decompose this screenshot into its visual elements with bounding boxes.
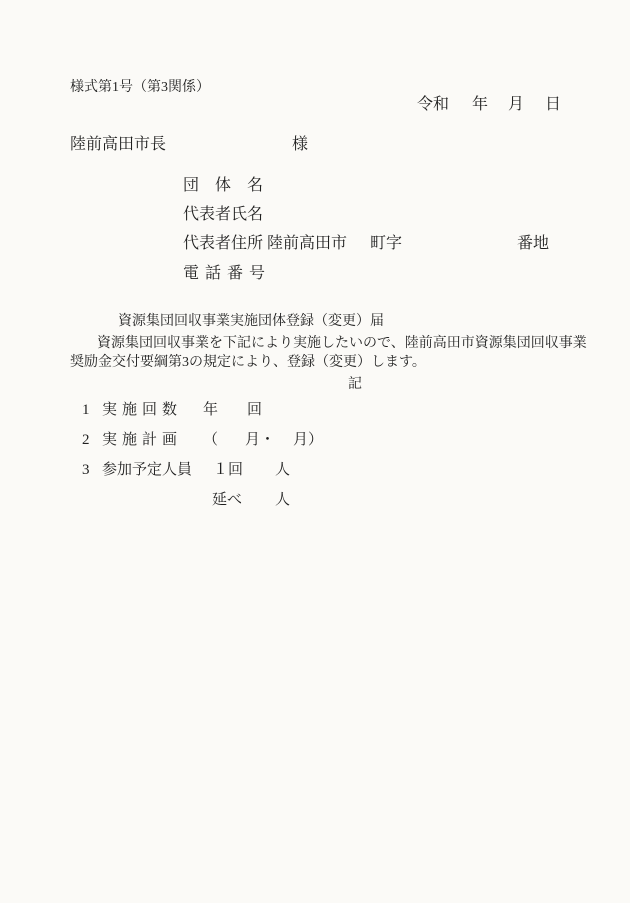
item-3-number: 3 — [82, 461, 90, 479]
item-1-times-unit: 回 — [247, 401, 262, 419]
item-1-number: 1 — [82, 401, 90, 419]
addressee-honorific: 様 — [292, 135, 308, 154]
item-2-month-to: 月） — [293, 431, 323, 449]
item-1-year-unit: 年 — [203, 401, 218, 419]
group-name-label: 団体名 — [183, 176, 279, 195]
form-number: 様式第1号（第3関係） — [70, 80, 210, 97]
item-3-per-time-label: １回 — [213, 461, 243, 479]
date-year-label: 年 — [472, 95, 488, 114]
item-1-label: 実施回数 — [102, 401, 182, 419]
record-marker: 記 — [348, 377, 362, 394]
rep-address-lot-label: 番地 — [517, 234, 549, 253]
phone-label: 電話番号 — [183, 264, 271, 283]
item-2-paren-open: （ — [203, 431, 218, 449]
rep-address-label: 代表者住所 — [183, 234, 263, 253]
date-era-label: 令和 — [417, 95, 449, 114]
form-title: 資源集団回収事業実施団体登録（変更）届 — [118, 314, 384, 331]
body-line-1: 資源集団回収事業を下記により実施したいので、陸前高田市資源集団回収事業 — [97, 336, 587, 353]
rep-name-label: 代表者氏名 — [183, 205, 263, 224]
item-3-total-label: 延べ — [212, 491, 242, 509]
item-3-total-person-unit: 人 — [275, 491, 290, 509]
addressee-name: 陸前高田市長 — [70, 135, 166, 154]
date-day-label: 日 — [545, 95, 561, 114]
item-3-person-unit: 人 — [275, 461, 290, 479]
item-2-label: 実施計画 — [102, 431, 182, 449]
rep-address-town-label: 町字 — [370, 234, 402, 253]
item-2-month-from: 月・ — [245, 431, 275, 449]
body-line-2: 奨励金交付要綱第3の規定により、登録（変更）します。 — [70, 355, 426, 372]
rep-address-city: 陸前高田市 — [267, 234, 347, 253]
item-3-label: 参加予定人員 — [102, 461, 192, 479]
date-month-label: 月 — [508, 95, 524, 114]
document-page: 様式第1号（第3関係） 令和 年 月 日 陸前高田市長 様 団体名 代表者氏名 … — [0, 0, 630, 903]
item-2-number: 2 — [82, 431, 90, 449]
